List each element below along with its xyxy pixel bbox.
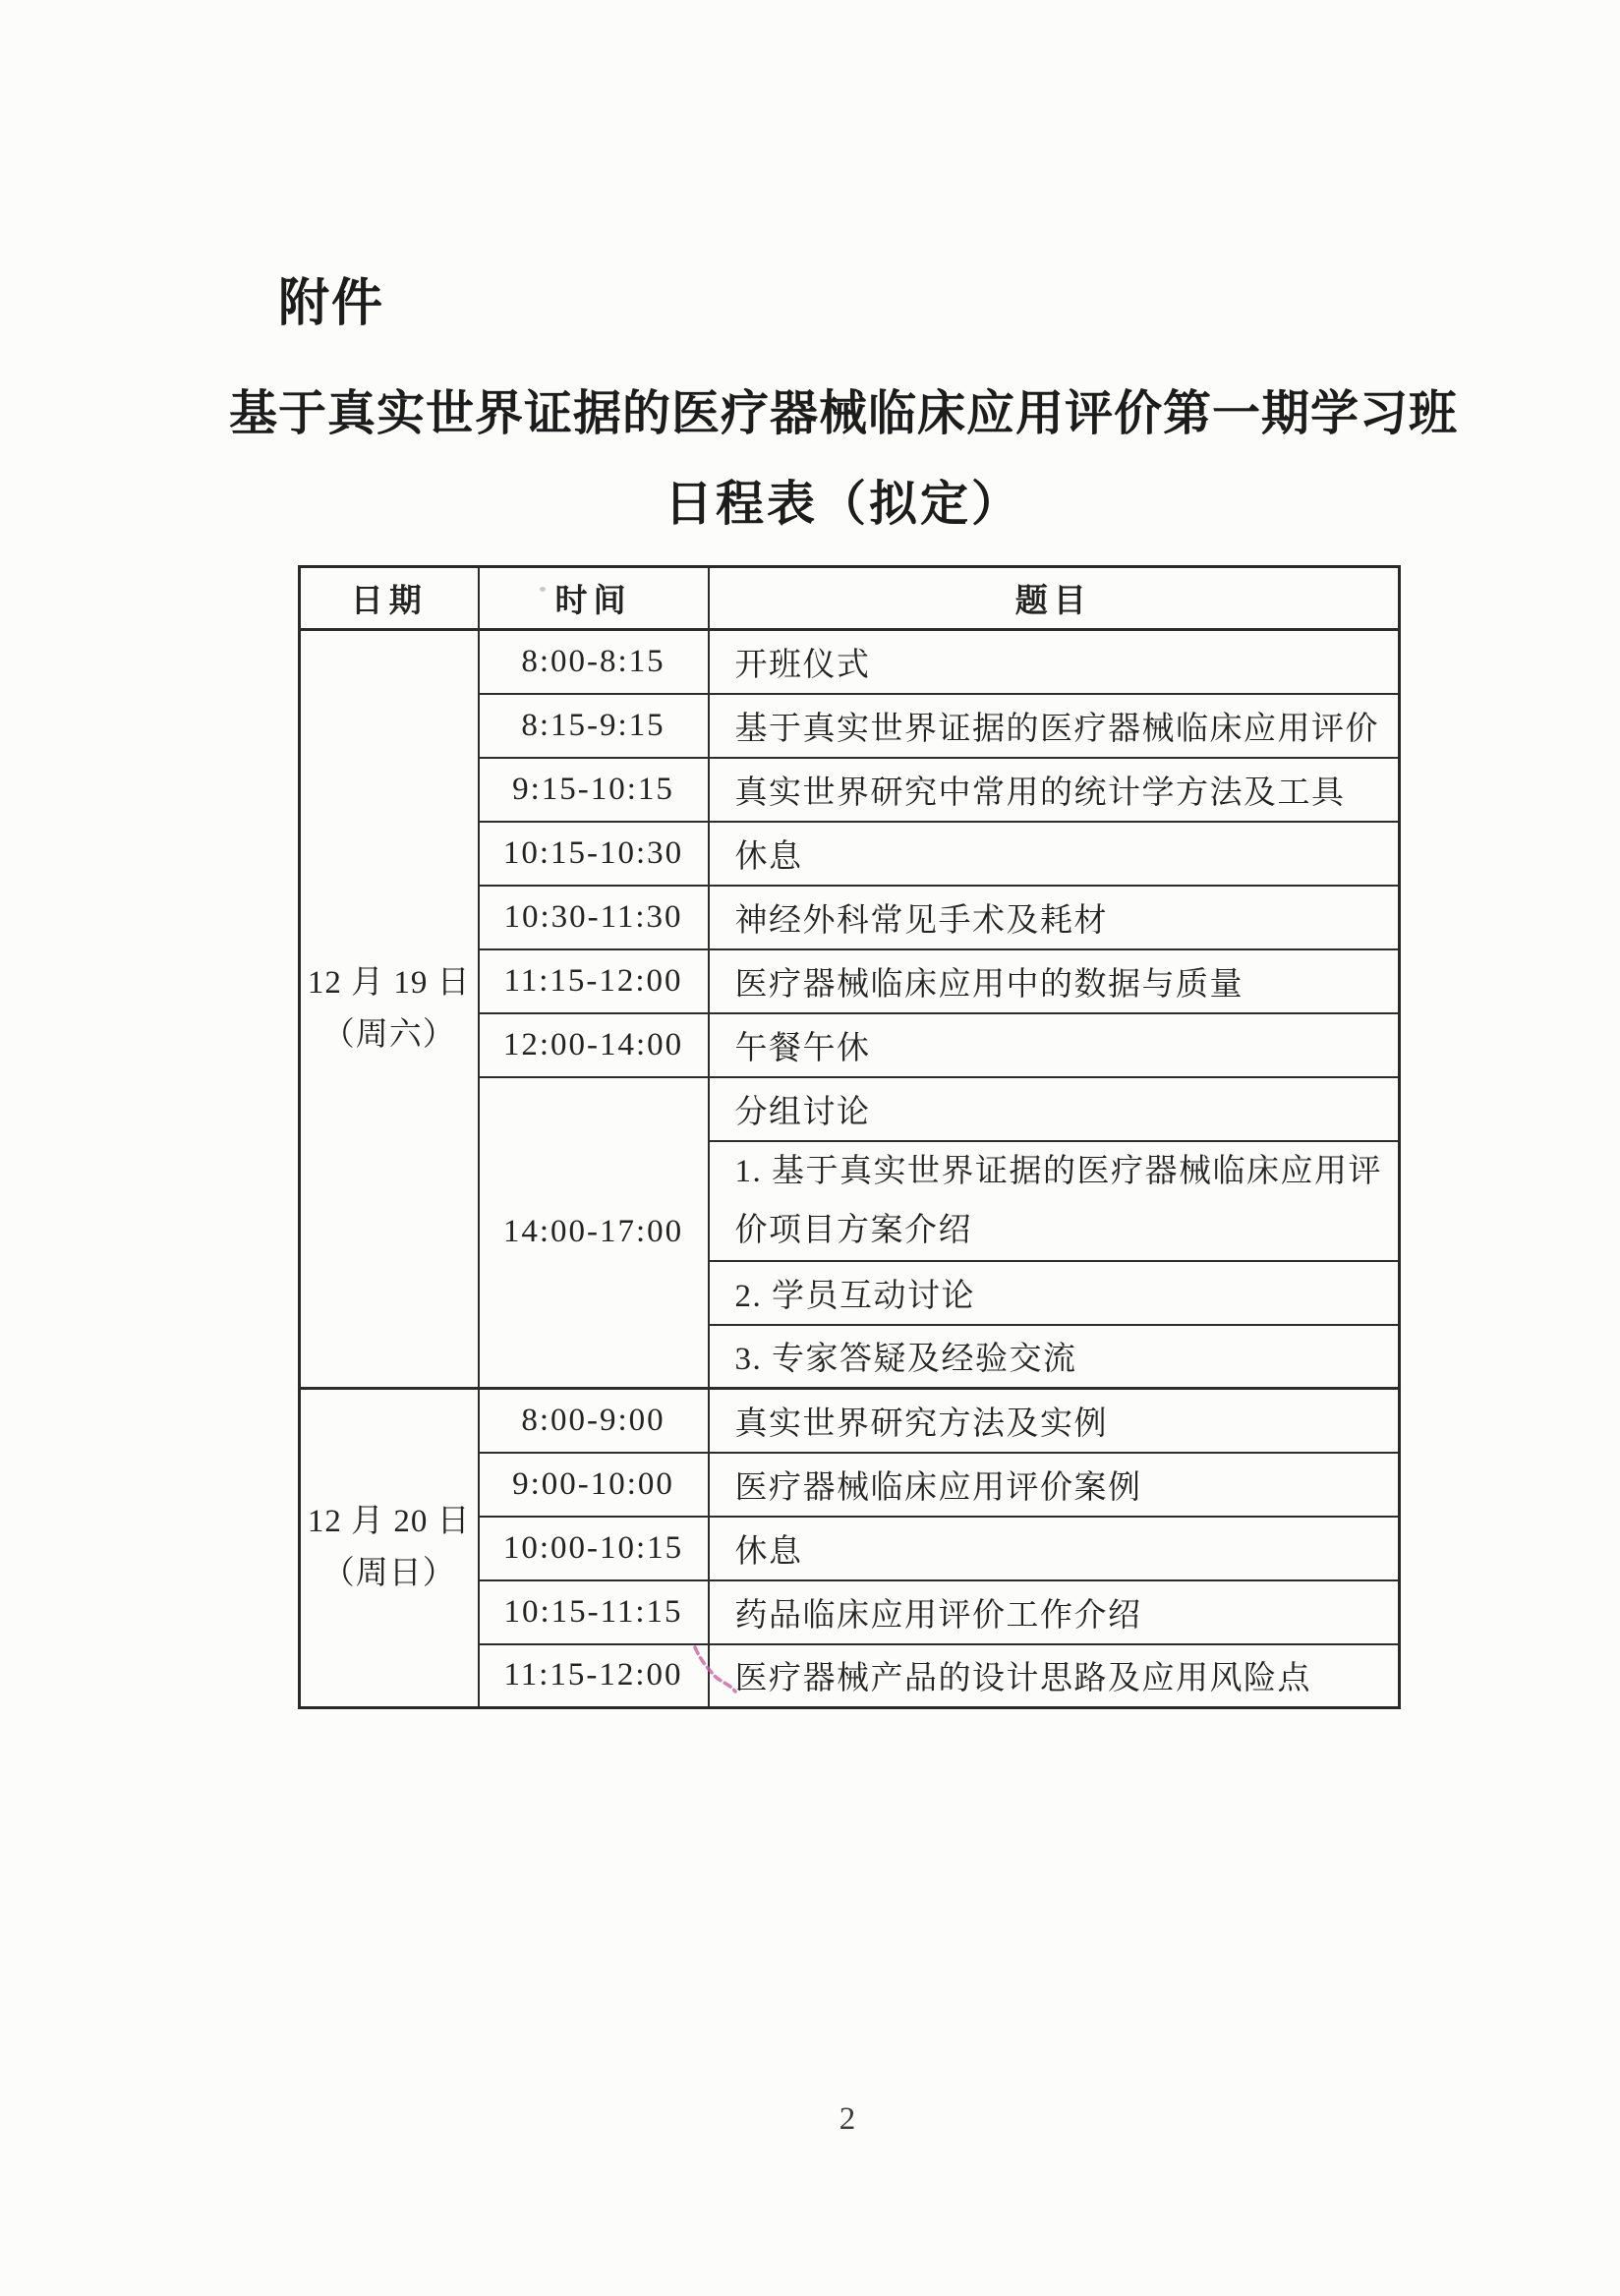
scanned-document-page: 附件 基于真实世界证据的医疗器械临床应用评价第一期学习班 日程表（拟定） 日期 … [0, 0, 1620, 2296]
time-cell-afternoon-block: 14:00-17:00 [479, 1077, 709, 1389]
document-title: 基于真实世界证据的医疗器械临床应用评价第一期学习班 日程表（拟定） [167, 385, 1520, 533]
time-cell: 10:00-10:15 [479, 1517, 709, 1580]
table-row: 12 月 19 日 （周六） 8:00-8:15 开班仪式 [300, 630, 1400, 694]
page-number: 2 [839, 2101, 856, 2138]
time-cell: 10:15-10:30 [479, 822, 709, 886]
topic-cell: 真实世界研究方法及实例 [709, 1389, 1400, 1453]
date-cell-day2: 12 月 20 日 （周日） [300, 1389, 479, 1708]
topic-cell: 3. 专家答疑及经验交流 [709, 1325, 1400, 1389]
date-cell-day1: 12 月 19 日 （周六） [300, 630, 479, 1389]
date-line1: 12 月 20 日 [301, 1496, 478, 1548]
time-cell: 11:15-12:00 [479, 949, 709, 1013]
schedule-table: 日期 时间 题目 12 月 19 日 （周六） 8:00-8:15 开班仪式 8… [298, 565, 1401, 1709]
topic-cell: 医疗器械临床应用评价案例 [709, 1453, 1400, 1517]
table-header-row: 日期 时间 题目 [300, 567, 1400, 630]
date-line1: 12 月 19 日 [301, 957, 478, 1009]
topic-cell: 休息 [709, 822, 1400, 886]
col-header-time: 时间 [479, 567, 709, 630]
topic-cell: 开班仪式 [709, 630, 1400, 694]
col-header-date: 日期 [300, 567, 479, 630]
topic-cell: 1. 基于真实世界证据的医疗器械临床应用评价项目方案介绍 [709, 1141, 1400, 1261]
time-cell: 8:15-9:15 [479, 694, 709, 758]
time-cell: 10:30-11:30 [479, 886, 709, 949]
topic-cell: 医疗器械临床应用中的数据与质量 [709, 949, 1400, 1013]
table-row: 12 月 20 日 （周日） 8:00-9:00 真实世界研究方法及实例 [300, 1389, 1400, 1453]
time-cell: 9:00-10:00 [479, 1453, 709, 1517]
time-cell: 8:00-9:00 [479, 1389, 709, 1453]
document-title-line1: 基于真实世界证据的医疗器械临床应用评价第一期学习班 [167, 385, 1520, 442]
topic-cell: 2. 学员互动讨论 [709, 1261, 1400, 1325]
time-cell: 10:15-11:15 [479, 1580, 709, 1644]
topic-cell: 分组讨论 [709, 1077, 1400, 1141]
topic-cell: 真实世界研究中常用的统计学方法及工具 [709, 758, 1400, 822]
topic-cell: 基于真实世界证据的医疗器械临床应用评价 [709, 694, 1400, 758]
attachment-label: 附件 [278, 261, 384, 335]
topic-cell: 神经外科常见手术及耗材 [709, 886, 1400, 949]
time-cell: 11:15-12:00 [479, 1644, 709, 1708]
date-line2: （周六） [301, 1009, 478, 1062]
time-cell: 12:00-14:00 [479, 1013, 709, 1077]
col-header-topic: 题目 [709, 567, 1400, 630]
topic-cell: 休息 [709, 1517, 1400, 1580]
document-title-line2: 日程表（拟定） [167, 476, 1520, 533]
topic-cell: 药品临床应用评价工作介绍 [709, 1580, 1400, 1644]
topic-cell: 医疗器械产品的设计思路及应用风险点 [709, 1644, 1400, 1708]
time-cell: 9:15-10:15 [479, 758, 709, 822]
date-line2: （周日） [301, 1548, 478, 1600]
topic-cell: 午餐午休 [709, 1013, 1400, 1077]
time-cell: 8:00-8:15 [479, 630, 709, 694]
